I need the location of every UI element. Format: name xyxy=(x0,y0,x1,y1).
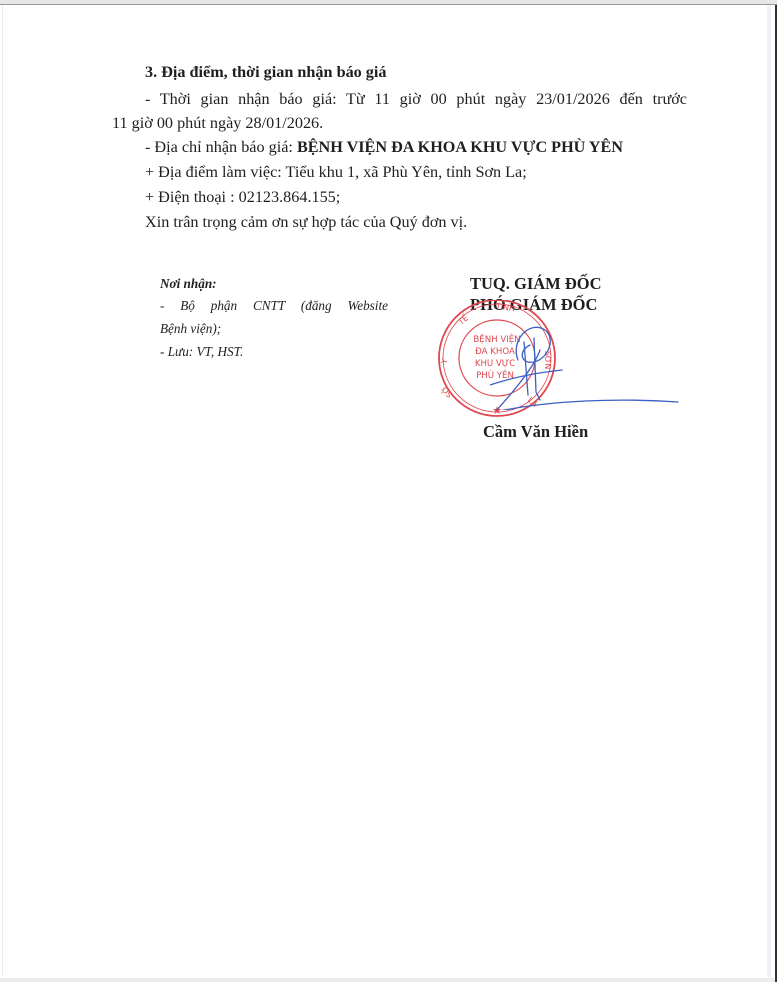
address-label: - Địa chỉ nhận báo giá: xyxy=(145,138,297,156)
address-value: BỆNH VIỆN ĐA KHOA KHU VỰC PHÙ YÊN xyxy=(297,138,623,156)
section-heading: 3. Địa điểm, thời gian nhận báo giá xyxy=(145,62,387,82)
recipient-item-1: - Bộ phận CNTT (đăng Website xyxy=(160,296,388,315)
viewer-bottom-border xyxy=(0,978,775,982)
svg-text:Y: Y xyxy=(439,358,449,366)
recipient-item-2: - Lưu: VT, HST. xyxy=(160,342,243,361)
viewer-top-border xyxy=(0,0,777,5)
phone-line: + Điện thoại : 02123.864.155; xyxy=(145,187,340,207)
receive-time-line-1: - Thời gian nhận báo giá: Từ 11 giờ 00 p… xyxy=(145,89,687,109)
signer-name: Cầm Văn Hiền xyxy=(483,422,588,442)
recipient-item-1-cont: Bệnh viện); xyxy=(160,319,221,338)
workplace-line: + Địa điểm làm việc: Tiểu khu 1, xã Phù … xyxy=(145,162,527,182)
receive-address: - Địa chỉ nhận báo giá: BỆNH VIỆN ĐA KHO… xyxy=(145,137,623,157)
thanks-line: Xin trân trọng cảm ơn sự hợp tác của Quý… xyxy=(145,212,467,232)
signature-title-1: TUQ. GIÁM ĐỐC xyxy=(470,274,602,294)
receive-time-line-2: 11 giờ 00 phút ngày 28/01/2026. xyxy=(112,113,323,133)
svg-text:TẾ: TẾ xyxy=(455,311,471,327)
recipients-title: Nơi nhận: xyxy=(160,274,217,293)
page-right-edge xyxy=(767,5,771,977)
svg-text:SỞ: SỞ xyxy=(438,384,454,401)
handwritten-signature-icon xyxy=(490,320,680,410)
page-left-edge xyxy=(2,5,3,977)
